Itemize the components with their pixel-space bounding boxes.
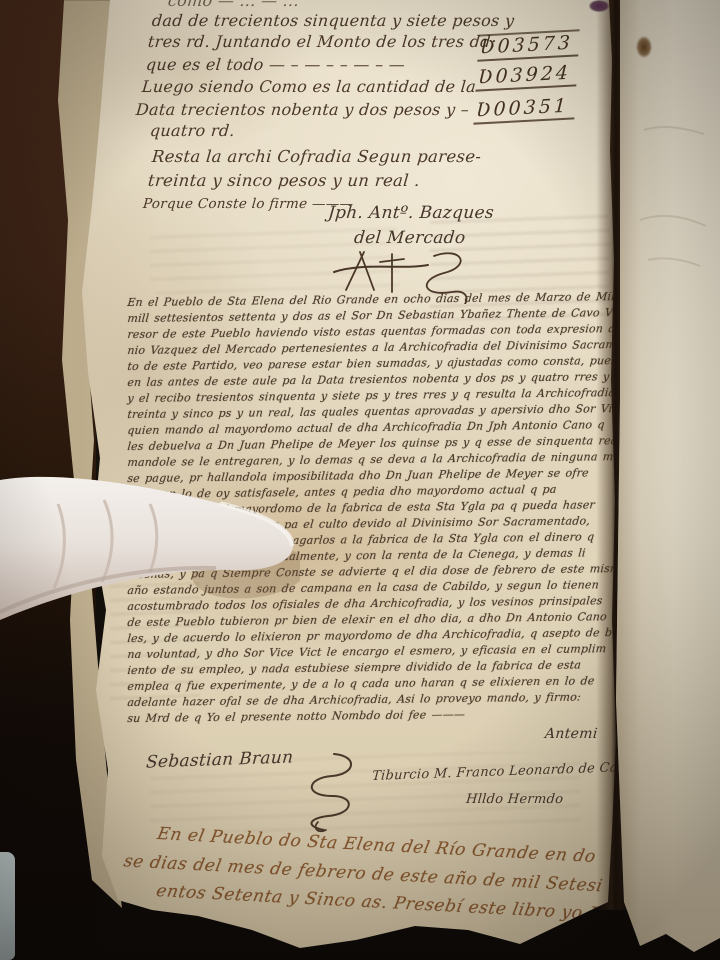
amount-data: Ʋ03924 xyxy=(475,61,577,91)
paper-stain xyxy=(636,36,652,58)
ledger-line: tres rd. Juntando el Monto de los tres d… xyxy=(147,32,497,51)
amount-total: Ʋ03573 xyxy=(477,29,579,61)
pointing-gloved-finger-icon xyxy=(0,452,300,627)
ledger-partial-line: como — ... — ... xyxy=(167,0,300,10)
signature-name: Jph. Antº. Bazques xyxy=(327,203,495,223)
faint-marks xyxy=(634,100,714,280)
ribbon-tip xyxy=(589,0,609,12)
ledger-line: Data trecientos nobenta y dos pesos y – xyxy=(135,100,470,119)
ledger-result-line: Resta la archi Cofradia Segun parese- xyxy=(151,147,482,166)
glove-edge xyxy=(0,852,15,960)
ledger-line: que es el todo — – — – – — – — xyxy=(145,55,406,74)
rubric-flourish-icon xyxy=(296,748,366,836)
signature-title: Hlldo Hermdo xyxy=(465,792,564,807)
acta-line: su Mrd de q Yo el presente notto Nombdo … xyxy=(127,708,466,725)
amount-resta: Ʋ00351 xyxy=(473,94,575,124)
ledger-line: quatro rd. xyxy=(149,121,236,140)
ante-mi-note: Antemi xyxy=(544,726,598,742)
facing-page xyxy=(614,0,720,960)
attestation-line: Porque Conste lo firme ——— xyxy=(142,196,354,212)
ledger-line: Luego siendo Como es la cantidad de la xyxy=(141,77,477,96)
ledger-line: dad de trecientos sinquenta y siete peso… xyxy=(151,11,515,30)
ledger-result-line: treinta y sinco pesos y un real . xyxy=(147,171,421,190)
manuscript-photo: como — ... — ... dad de trecientos sinqu… xyxy=(0,0,720,960)
